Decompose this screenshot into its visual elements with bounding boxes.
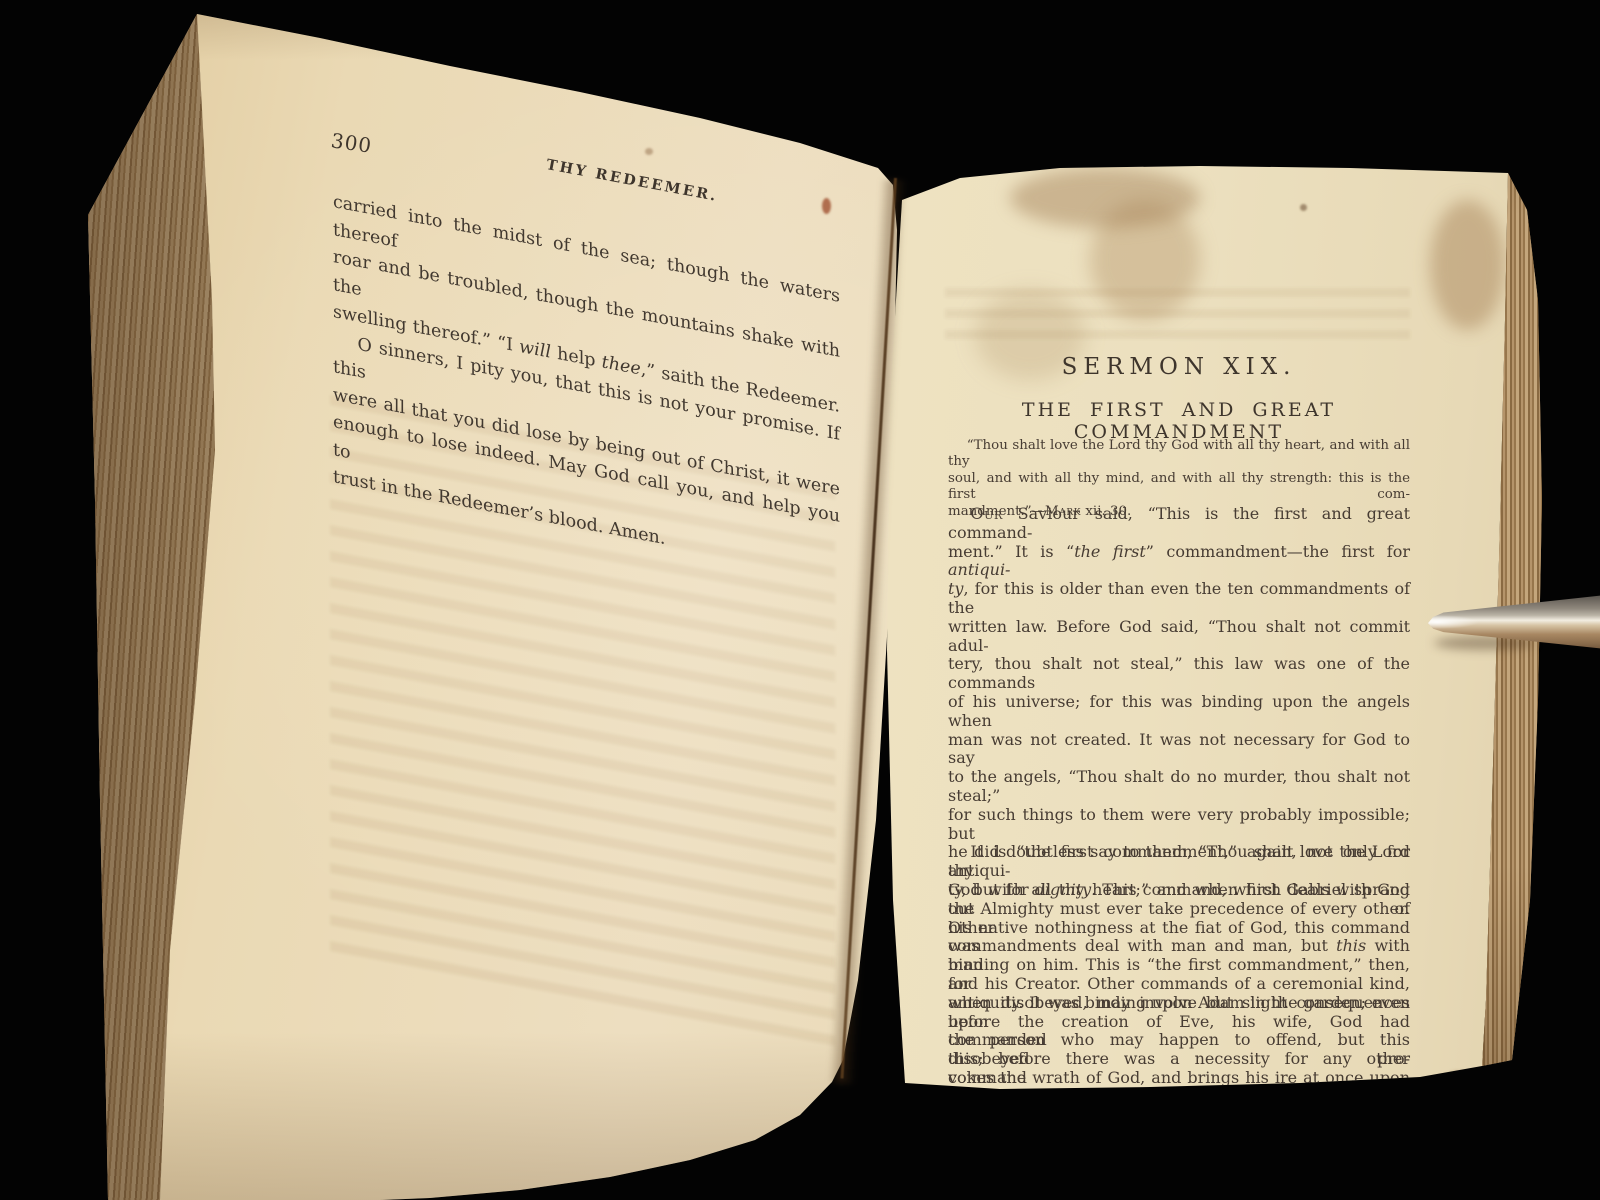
text-line: for such things to them were very probab… bbox=[948, 806, 1410, 844]
text-line: shalt love the Lord thy God.” bbox=[948, 1125, 1410, 1144]
text-line: the Almighty must ever take precedence o… bbox=[948, 900, 1410, 938]
stain bbox=[1430, 200, 1505, 330]
left-page-number: 300 bbox=[330, 128, 374, 157]
text-line: Our Saviour said, “This is the first and… bbox=[948, 505, 1410, 543]
text-line: man was not created. It was not necessar… bbox=[948, 731, 1410, 769]
sermon-paragraph-2: It is “the first commandment,” again, no… bbox=[948, 843, 1410, 1106]
text-line: ty, for this is older than even the ten … bbox=[948, 580, 1410, 618]
text-line: to the angels, “Thou shalt do no murder,… bbox=[948, 768, 1410, 806]
stain bbox=[1090, 200, 1200, 320]
text-line: “Thou shalt love the Lord thy God with a… bbox=[948, 438, 1410, 471]
text-line: the person who may happen to offend, but… bbox=[948, 1031, 1410, 1069]
text-line: and his Creator. Other commands of a cer… bbox=[948, 975, 1410, 994]
sermon-number-heading: SERMON XIX. bbox=[948, 354, 1410, 380]
text-line: written law. Before God said, “Thou shal… bbox=[948, 618, 1410, 656]
text-line: soul, and with all thy mind, and with al… bbox=[948, 471, 1410, 504]
text-line: ment.” It is “the first” commandment—the… bbox=[948, 543, 1410, 581]
stain bbox=[1010, 168, 1200, 228]
stain bbox=[1446, 1072, 1472, 1088]
text-line: tery, thou shalt not steal,” this law wa… bbox=[948, 655, 1410, 693]
photo-open-book: 300 THY REDEEMER. carried into the midst… bbox=[0, 0, 1600, 1200]
right-page-showthrough-text bbox=[945, 288, 1410, 346]
left-page-body-text: carried into the midst of the sea; thoug… bbox=[333, 189, 840, 586]
text-line: when disobeyed, may involve but slight c… bbox=[948, 994, 1410, 1032]
text-line: commandments deal with man and man, but … bbox=[948, 937, 1410, 975]
text-line: It is “the first commandment,” again, no… bbox=[948, 843, 1410, 881]
text-line: ty, but for dignity. This command, which… bbox=[948, 881, 1410, 900]
text-line: vokes the wrath of God, and brings his i… bbox=[948, 1069, 1410, 1107]
left-running-head: THY REDEEMER. bbox=[545, 156, 720, 205]
stain bbox=[822, 198, 831, 214]
sermon-title-heading: THE FIRST AND GREAT COMMANDMENT bbox=[948, 399, 1410, 443]
text-line: this was written upon the very tablets o… bbox=[948, 1088, 1410, 1126]
text-line: of his universe; for this was binding up… bbox=[948, 693, 1410, 731]
stain bbox=[1300, 204, 1307, 211]
stain bbox=[645, 148, 653, 155]
